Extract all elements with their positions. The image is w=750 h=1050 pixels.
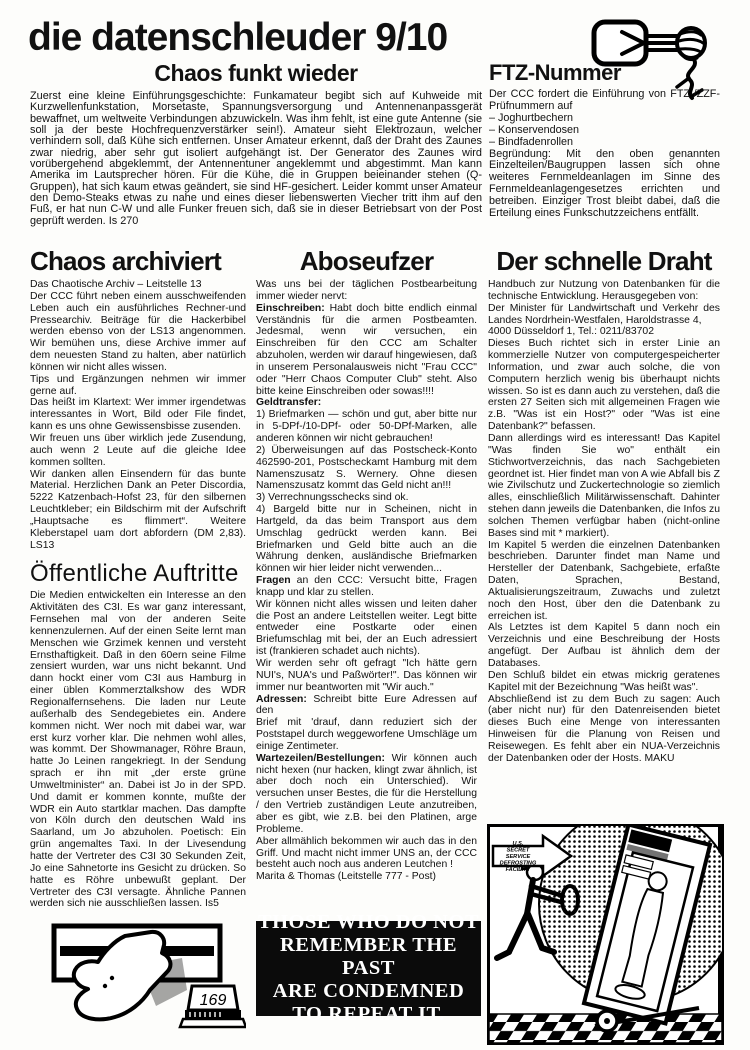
- paragraph-text: 1) Briefmarken — schön und gut, aber bit…: [256, 409, 477, 444]
- paragraph-text: Wir können auch nicht hexen (nur hacken,…: [256, 753, 477, 835]
- paragraph: Was uns bei der täglichen Postbearbeitun…: [256, 279, 477, 303]
- column-middle: Aboseufzer Was uns bei der täglichen Pos…: [256, 246, 477, 883]
- paragraph: Das heißt im Klartext: Wer immer irgende…: [30, 397, 246, 433]
- paragraph: 4) Bargeld bitte nur in Scheinen, nicht …: [256, 504, 477, 575]
- paragraph-text: Brief mit 'drauf, dann reduziert sich de…: [256, 717, 477, 752]
- article-intro: Der CCC fordert die Einführung von FTZ-/…: [489, 89, 720, 113]
- sign-text: DEFROSTING: [500, 861, 537, 867]
- paragraph: Einschreiben: Habt doch bitte endlich ei…: [256, 303, 477, 398]
- paragraph: Als Letztes ist dem Kapitel 5 dann noch …: [488, 622, 720, 669]
- section-chaos-archiviert: Das Chaotische Archiv – Leitstelle 13 De…: [30, 279, 246, 551]
- section-heading: Chaos archiviert: [30, 246, 246, 277]
- paragraph-text: Marita & Thomas (Leitstelle 777 - Post): [256, 871, 436, 882]
- section-heading: Der schnelle Draht: [488, 246, 720, 277]
- paragraph: Tips und Ergänzungen nehmen wir immer ge…: [30, 374, 246, 398]
- paragraph: Dieses Buch richtet sich in erster Linie…: [488, 338, 720, 433]
- article-body: Begründung: Mit den oben genannten Einze…: [489, 149, 720, 220]
- paragraph: Die Medien entwickelten ein Interesse an…: [30, 590, 246, 910]
- run-in-label: Geldtransfer:: [256, 397, 321, 408]
- paragraph: Brief mit 'drauf, dann reduziert sich de…: [256, 717, 477, 753]
- hand-dot: [110, 976, 114, 980]
- poster-line: ARE CONDEMNED: [273, 980, 465, 1003]
- run-in-label: Adressen:: [256, 694, 307, 705]
- page-number: 169: [200, 992, 227, 1009]
- paragraph: Aber allmählich bekommen wir auch das in…: [256, 836, 477, 872]
- list-item: Konservendosen: [489, 125, 720, 137]
- sign-text: SERVICE: [506, 854, 531, 860]
- paragraph: Dann allerdings wird es interessant! Das…: [488, 433, 720, 540]
- paragraph: Im Kapitel 5 werden die einzelnen Datenb…: [488, 540, 720, 623]
- wheel-hub: [604, 1018, 610, 1024]
- paragraph: 4000 Düsseldorf 1, Tel.: 0211/83702: [488, 326, 720, 338]
- paragraph: Abschließend ist zu dem Buch zu sagen: A…: [488, 694, 720, 765]
- paragraph-text: 4) Bargeld bitte nur in Scheinen, nicht …: [256, 504, 477, 574]
- paragraph-text: 3) Verrechnungsschecks sind ok.: [256, 492, 408, 503]
- poster-line: THOSE WHO DO NOT: [258, 911, 479, 934]
- paragraph-text: Wir werden sehr oft gefragt "Ich hätte g…: [256, 658, 477, 693]
- paragraph: Wir freuen uns über wirklich jede Zusend…: [30, 433, 246, 469]
- paragraph: Wir können nicht alles wissen und leiten…: [256, 599, 477, 658]
- article-body: Zuerst eine kleine Einführungsgeschichte…: [30, 91, 482, 227]
- paragraph-text: Wir können nicht alles wissen und leiten…: [256, 599, 477, 657]
- column-right: Der schnelle Draht Handbuch zur Nutzung …: [488, 246, 720, 765]
- paragraph: 3) Verrechnungsschecks sind ok.: [256, 492, 477, 504]
- sign-text: SECRET: [507, 848, 530, 854]
- run-in-label: Wartezeilen/Bestellungen:: [256, 753, 385, 764]
- section-oeffentliche-auftritte: Die Medien entwickelten ein Interesse an…: [30, 590, 246, 910]
- paragraph-text: 2) Überweisungen auf das Postscheck-Kont…: [256, 445, 477, 492]
- paragraph-text: Was uns bei der täglichen Postbearbeitun…: [256, 279, 477, 302]
- hand-dot: [103, 984, 107, 988]
- paragraph: Geldtransfer:: [256, 397, 477, 409]
- section-aboseufzer: Was uns bei der täglichen Postbearbeitun…: [256, 279, 477, 883]
- sign-text: FACILITY: [506, 867, 532, 873]
- paragraph-text: Aber allmählich bekommen wir auch das in…: [256, 836, 477, 871]
- poster-line: REMEMBER THE PAST: [256, 934, 481, 980]
- paragraph: Das Chaotische Archiv – Leitstelle 13: [30, 279, 246, 291]
- quote-poster: THOSE WHO DO NOT REMEMBER THE PAST ARE C…: [256, 921, 481, 1016]
- paragraph: Der Minister für Landwirtschaft und Verk…: [488, 303, 720, 327]
- run-in-label: Einschreiben:: [256, 303, 325, 314]
- run-in-label: Fragen: [256, 575, 291, 586]
- section-heading: Öffentliche Auftritte: [30, 560, 246, 588]
- paragraph: Wir werden sehr oft gefragt "Ich hätte g…: [256, 658, 477, 694]
- section-chaos-funkt-wieder: Chaos funkt wieder Zuerst eine kleine Ei…: [30, 60, 482, 227]
- sign-text: U.S.: [513, 841, 524, 847]
- section-der-schnelle-draht: Handbuch zur Nutzung von Datenbanken für…: [488, 279, 720, 765]
- paragraph: Fragen an den CCC: Versucht bitte, Frage…: [256, 575, 477, 599]
- defrosting-cartoon: U.S. SECRET SERVICE DEFROSTING FACILITY: [487, 824, 725, 1046]
- paragraph: 2) Überweisungen auf das Postscheck-Kont…: [256, 445, 477, 492]
- paragraph: Adressen: Schreibt bitte Eure Adressen a…: [256, 694, 477, 718]
- list-item: Bindfadenrollen: [489, 137, 720, 149]
- paragraph-text: Habt doch bitte endlich einmal Verständn…: [256, 303, 477, 397]
- list-item: Joghurtbechern: [489, 113, 720, 125]
- paragraph: Wartezeilen/Bestellungen: Wir können auc…: [256, 753, 477, 836]
- poster-line: TO REPEAT IT.: [292, 1003, 445, 1026]
- paragraph: 1) Briefmarken — schön und gut, aber bit…: [256, 409, 477, 445]
- paragraph: Der CCC führt neben einem ausschweifende…: [30, 291, 246, 374]
- section-ftz-nummer: FTZ-Nummer Der CCC fordert die Einführun…: [489, 60, 720, 220]
- page-title: die datenschleuder 9/10: [28, 16, 447, 60]
- paragraph: Den Schluß bildet ein etwas mickrig gera…: [488, 670, 720, 694]
- ftz-item-list: Joghurtbechern Konservendosen Bindfadenr…: [489, 113, 720, 149]
- paragraph: Wir danken allen Einsendern für das bunt…: [30, 469, 246, 552]
- pixel-hand-graphic: 169: [30, 920, 246, 1034]
- mini-terminal-icon: 169: [180, 986, 246, 1027]
- section-heading: Aboseufzer: [256, 246, 477, 277]
- paragraph: Marita & Thomas (Leitstelle 777 - Post): [256, 871, 477, 883]
- paragraph: Handbuch zur Nutzung von Datenbanken für…: [488, 279, 720, 303]
- section-heading: Chaos funkt wieder: [30, 60, 482, 87]
- column-left: Chaos archiviert Das Chaotische Archiv –…: [30, 246, 246, 910]
- section-heading: FTZ-Nummer: [489, 60, 720, 86]
